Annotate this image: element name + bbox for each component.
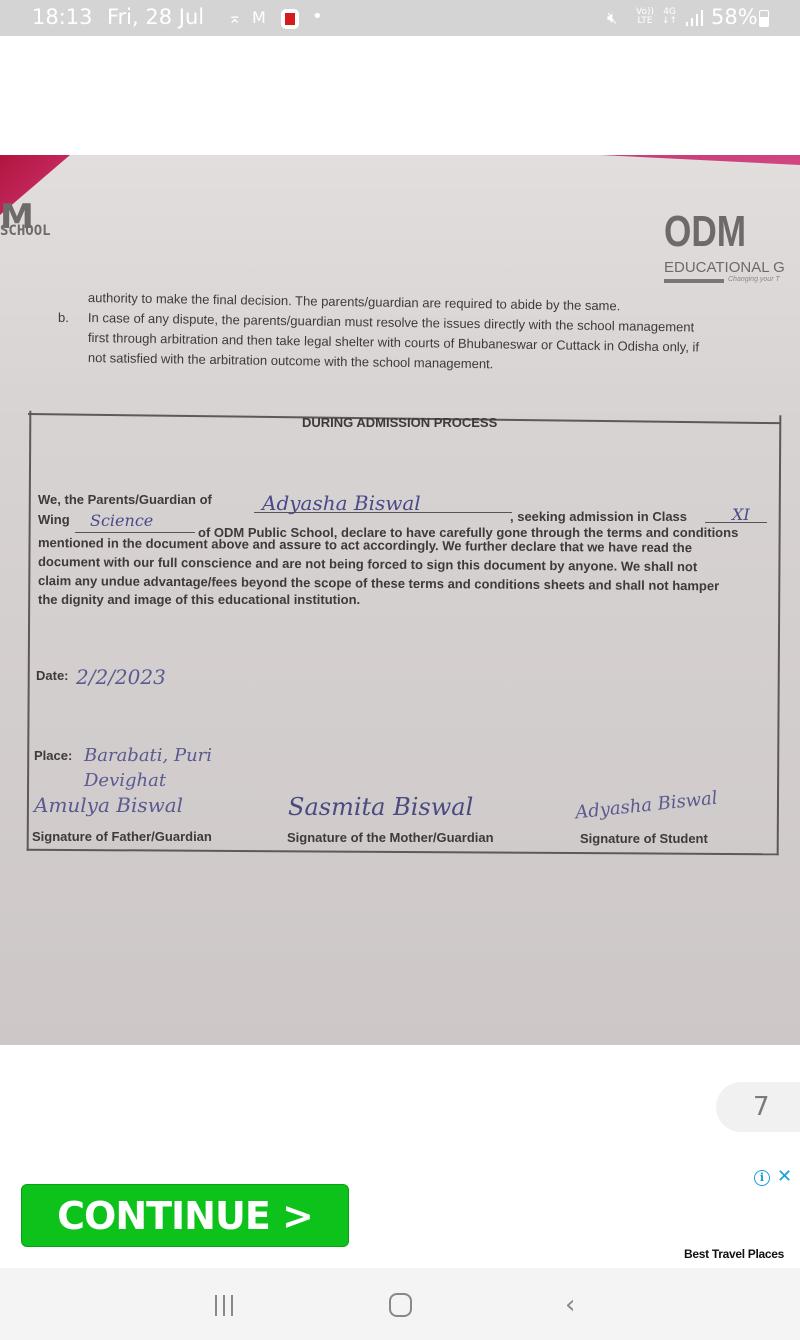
mother-signature-label: Signature of the Mother/Guardian [287, 830, 494, 845]
status-bar: 18:13 Fri, 28 Jul ⌅ M • 🔇︎ Vo))LTE 4G↓↑ … [0, 0, 800, 36]
odm-logo-mark: ODM [664, 207, 746, 257]
battery-icon [759, 10, 769, 27]
student-signature-label: Signature of Student [580, 831, 708, 846]
section-title: DURING ADMISSION PROCESS [302, 415, 497, 430]
list-marker: b. [58, 310, 69, 325]
ad-sponsor-label[interactable]: Best Travel Places [684, 1247, 784, 1261]
pdf-app-icon [281, 9, 299, 29]
battery-percent: 58% [711, 5, 758, 29]
place-handwritten-line1: Barabati, Puri [84, 745, 212, 766]
signal-icon [686, 10, 704, 26]
document-photo[interactable]: M SCHOOL ODM EDUCATIONAL G Changing your… [0, 155, 800, 1045]
missed-call-icon: ⌅ [228, 8, 241, 27]
back-icon[interactable]: ‹ [565, 1290, 575, 1320]
home-icon[interactable] [389, 1293, 412, 1317]
father-signature-label: Signature of Father/Guardian [32, 829, 212, 844]
place-handwritten-line2: Devighat [84, 770, 166, 791]
declaration-prefix: We, the Parents/Guardian of [38, 492, 212, 507]
odm-logo-tagline: Changing your T [728, 276, 780, 283]
odm-logo-text: EDUCATIONAL G [664, 259, 785, 276]
network-4g-icon: 4G↓↑ [662, 8, 677, 26]
class-handwritten: XI [732, 505, 750, 524]
date-label: Date: [36, 668, 69, 683]
recent-apps-icon[interactable] [215, 1295, 237, 1316]
ad-info-icon[interactable]: i [754, 1170, 770, 1186]
school-logo-text: SCHOOL [0, 223, 51, 239]
mother-signature: Sasmita Biswal [288, 793, 473, 821]
wing-line [75, 532, 195, 533]
declaration-line6: the dignity and image of this educationa… [38, 592, 360, 607]
volte-icon: Vo))LTE [636, 8, 654, 26]
status-date: Fri, 28 Jul [107, 5, 204, 29]
declaration-mid: , seeking admission in Class [510, 509, 687, 524]
wing-label: Wing [38, 512, 70, 527]
father-signature: Amulya Biswal [34, 793, 183, 817]
more-dot-icon: • [312, 6, 323, 27]
ad-close-icon[interactable]: ✕ [777, 1166, 792, 1187]
page-indicator: 7 [716, 1082, 800, 1132]
date-handwritten: 2/2/2023 [76, 665, 166, 689]
status-time: 18:13 [32, 5, 93, 29]
ad-continue-button[interactable]: CONTINUE > [21, 1184, 349, 1247]
place-label: Place: [34, 748, 72, 763]
gmail-icon: M [252, 8, 266, 27]
wing-handwritten: Science [90, 511, 153, 530]
odm-logo-bar [664, 279, 724, 283]
vibrate-mute-icon: 🔇︎ [607, 8, 617, 28]
student-name-handwritten: Adyasha Biswal [262, 491, 421, 515]
page-number: 7 [753, 1092, 770, 1122]
